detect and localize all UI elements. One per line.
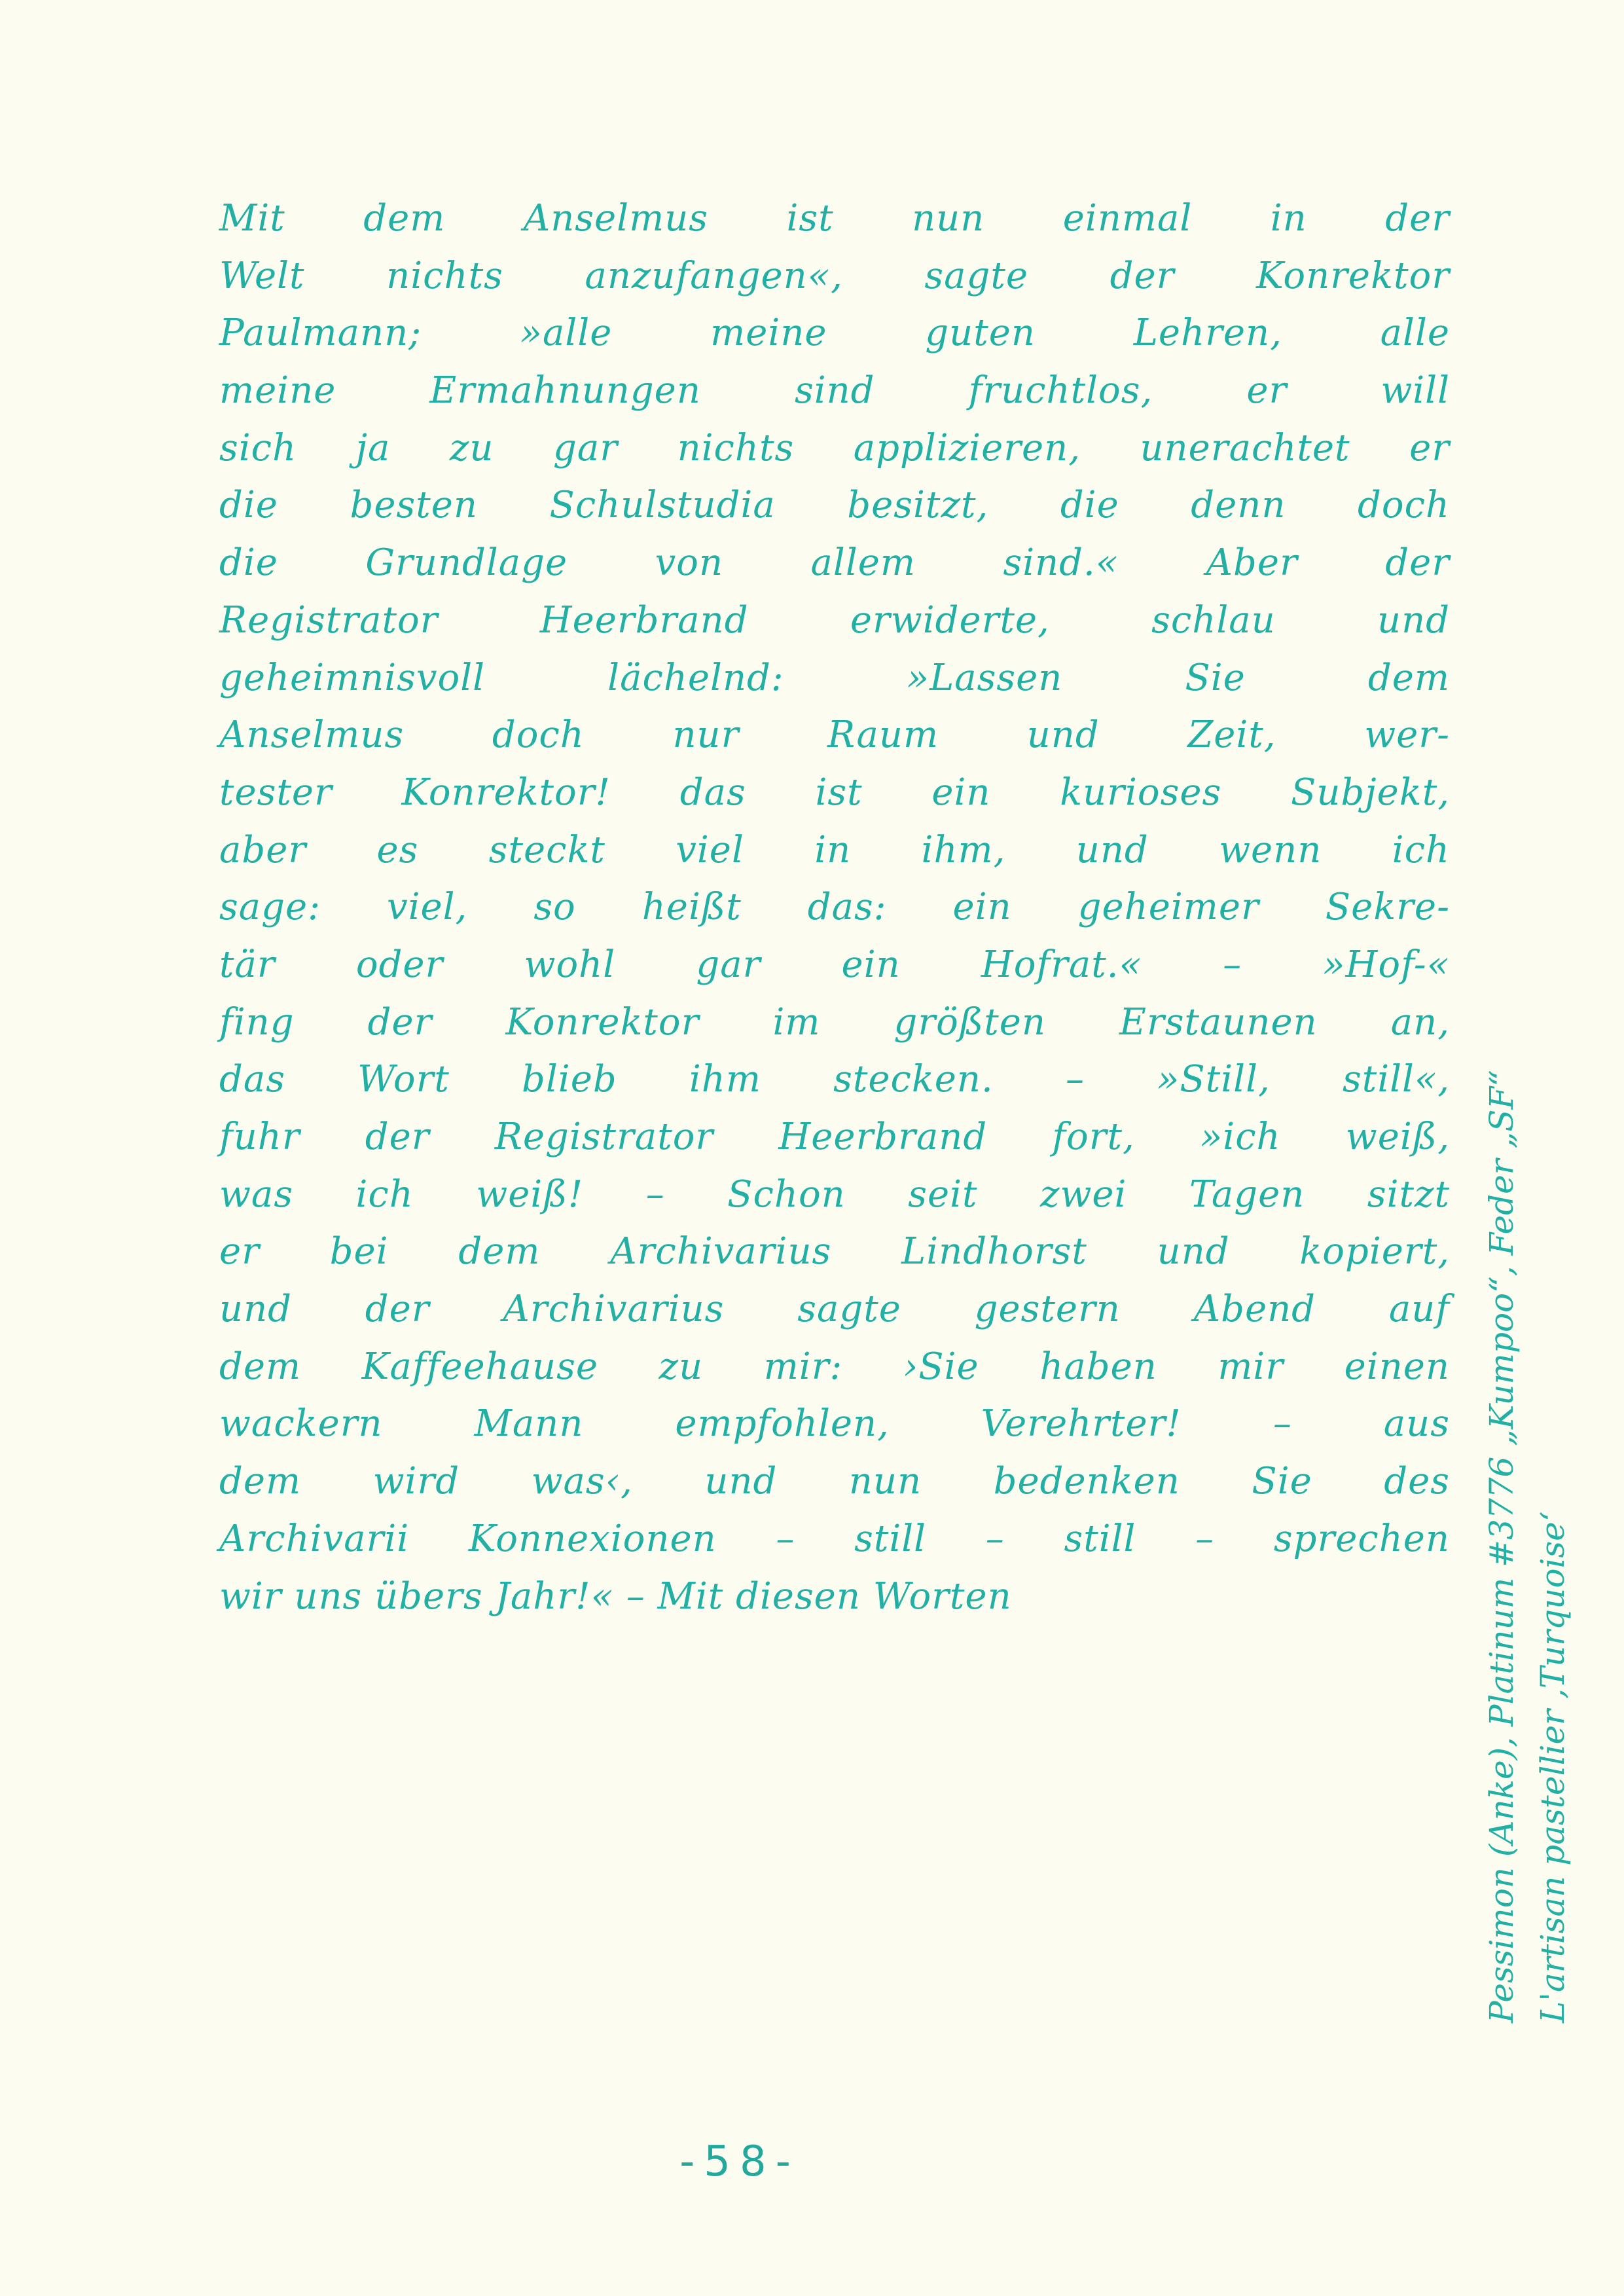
- page-number: -58-: [668, 2138, 812, 2186]
- manuscript-page: Mit dem Anselmus ist nun einmal in derWe…: [0, 0, 1624, 2296]
- text-line: was ich weiß! – Schon seit zwei Tagen si…: [219, 1166, 1450, 1224]
- text-line: geheimnisvoll lächelnd: »Lassen Sie dem: [219, 649, 1450, 707]
- text-line: Welt nichts anzufangen«, sagte der Konre…: [219, 247, 1450, 305]
- text-line: sage: viel, so heißt das: ein geheimer S…: [219, 879, 1450, 936]
- text-line: tär oder wohl gar ein Hofrat.« – »Hof-«: [219, 936, 1450, 994]
- text-line: Registrator Heerbrand erwiderte, schlau …: [219, 592, 1450, 649]
- text-line: die Grundlage von allem sind.« Aber der: [219, 534, 1450, 592]
- margin-note-pen: Pessimon (Anke), Platinum #3776 „Kumpoo“…: [1476, 648, 1527, 2023]
- text-line: sich ja zu gar nichts applizieren, unera…: [219, 420, 1450, 477]
- text-line: er bei dem Archivarius Lindhorst und kop…: [219, 1223, 1450, 1281]
- text-line: dem wird was‹, und nun bedenken Sie des: [219, 1453, 1450, 1510]
- text-line: aber es steckt viel in ihm, und wenn ich: [219, 822, 1450, 879]
- text-line: das Wort blieb ihm stecken. – »Still, st…: [219, 1051, 1450, 1108]
- text-line: Anselmus doch nur Raum und Zeit, wer-: [219, 706, 1450, 764]
- handwritten-body-text: Mit dem Anselmus ist nun einmal in derWe…: [219, 190, 1450, 1625]
- text-line: fuhr der Registrator Heerbrand fort, »ic…: [219, 1108, 1450, 1166]
- margin-note-pen-ink-info: Pessimon (Anke), Platinum #3776 „Kumpoo“…: [1476, 648, 1578, 2023]
- text-line: wir uns übers Jahr!« – Mit diesen Worten: [219, 1568, 1450, 1626]
- text-line: Paulmann; »alle meine guten Lehren, alle: [219, 304, 1450, 362]
- text-line: Mit dem Anselmus ist nun einmal in der: [219, 190, 1450, 247]
- text-line: dem Kaffeehause zu mir: ›Sie haben mir e…: [219, 1338, 1450, 1396]
- text-line: Archivarii Konnexionen – still – still –…: [219, 1510, 1450, 1568]
- text-line: fing der Konrektor im größten Erstaunen …: [219, 994, 1450, 1051]
- text-line: wackern Mann empfohlen, Verehrter! – aus: [219, 1395, 1450, 1453]
- text-line: meine Ermahnungen sind fruchtlos, er wil…: [219, 362, 1450, 420]
- text-line: die besten Schulstudia besitzt, die denn…: [219, 477, 1450, 534]
- text-line: tester Konrektor! das ist ein kurioses S…: [219, 764, 1450, 822]
- text-line: und der Archivarius sagte gestern Abend …: [219, 1281, 1450, 1338]
- margin-note-ink: L'artisan pastellier ‚Turquoise‘: [1527, 648, 1578, 2023]
